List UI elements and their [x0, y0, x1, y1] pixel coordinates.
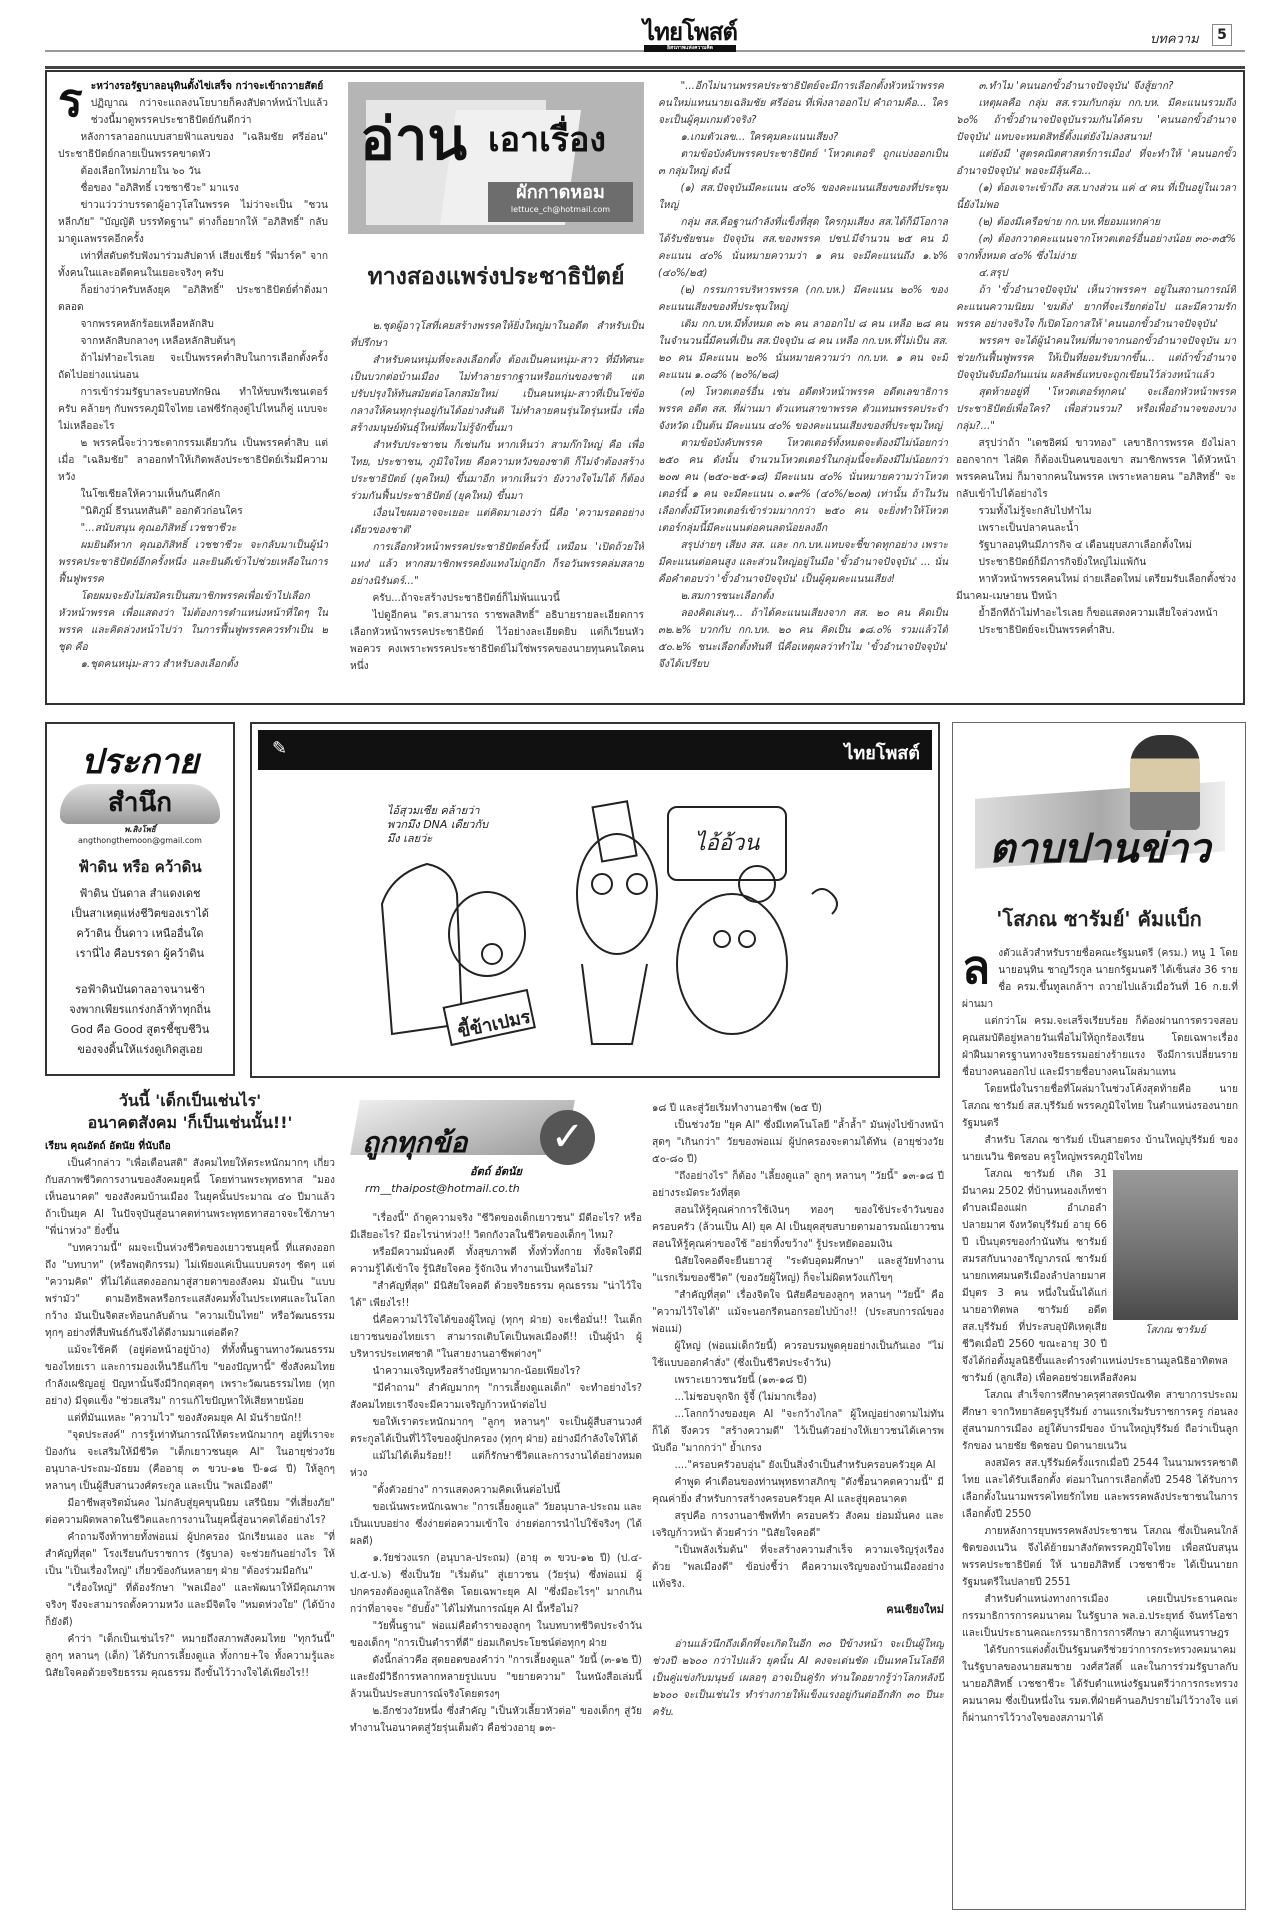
paragraph: "ถึงอย่างไร" ก็ต้อง "เลี้ยงดูแล" ลูกๆ หล…: [652, 1168, 944, 1202]
news-column-text: ล งตัวแล้วสำหรับรายชื่อคณะรัฐมนตรี (ครม.…: [962, 945, 1238, 1905]
paragraph: แต่ยังมี 'สูตรคณิตศาสตร์การเมือง' ที่จะท…: [956, 146, 1236, 180]
paragraph: โสภณ สำเร็จการศึกษาครุศาสตรบัณฑิต สาขากา…: [962, 1387, 1238, 1455]
poem-title-sub: สำนึก: [108, 788, 172, 818]
paragraph: สรุปว่าถ้า "เดชอิศม์ ขาวทอง" เลขาธิการพร…: [956, 435, 1236, 503]
paragraph: "เป็นพลังเริ่มต้น" ที่จะสร้างความสำเร็จ …: [652, 1542, 944, 1593]
paragraph: ๔.สรุป: [956, 265, 1236, 282]
dropcap: ล: [962, 945, 990, 989]
paragraph: ...โลกกว้างของยุค AI "จะกว้างไกล" ผู้ใหญ…: [652, 1406, 944, 1457]
paragraph: "บทความนี้" ผมจะเป็นห่วงชีวิตของเยาวชนยุ…: [45, 1240, 335, 1342]
lead: งตัวแล้วสำหรับรายชื่อคณะรัฐมนตรี (ครม.) …: [962, 945, 1238, 1013]
paragraph: ๒.สมการชนะเลือกตั้ง: [658, 588, 948, 605]
paragraph: (๒) กรรมการบริหารพรรค (กก.บห.) มีคะแนน ๒…: [658, 282, 948, 316]
paragraph: นี่คือความไว้ใจได้ของผู้ใหญ่ (ทุกๆ ฝ่าย)…: [350, 1312, 642, 1363]
poem-line: ของจงดิ้นให้แร่งดูเกิดสูเอย: [47, 1040, 233, 1060]
editorial-cartoon: ✎ ไทยโพสต์ ไอ้สุวมเซีย คล้ายว่าพวกมึง DN…: [250, 722, 940, 1078]
poem-scroll-graphic: สำนึก: [60, 784, 220, 824]
correct-col-logo: ถูกทุกข้อ: [362, 1126, 467, 1160]
paragraph: รวมทั้งไม่รู้จะกลับไปทำไม: [956, 503, 1236, 520]
paragraph: เหตุผลคือ กลุ่ม สส.รวมกับกลุ่ม กก.บห. มี…: [956, 95, 1236, 146]
paragraph: ในโซเชียลให้ความเห็นกันคึกคัก: [58, 486, 328, 503]
paragraph: "เรื่องนี้" ถ้าดูความจริง "ชีวิตของเด็กเ…: [350, 1210, 642, 1244]
paragraph: ๓.ทำไม 'คนนอกขั้วอำนาจปัจจุบัน' จึงสู้ยา…: [956, 78, 1236, 95]
paragraph: (๒) ต้องมีเครือข่าย กก.บห.ที่ยอมแหกค่าย: [956, 214, 1236, 231]
news-headline: 'โสภณ ซารัมย์' คัมแบ็ก: [958, 905, 1240, 933]
letter-headline-2: อนาคตสังคม 'ก็เป็นเช่นนั้น!!': [45, 1112, 335, 1134]
paragraph: ประชาธิปัตย์จะเป็นพรรคต่ำสิบ.: [956, 622, 1236, 639]
paragraph: หาหัวหน้าพรรคคนใหม่ ถ่ายเลือดใหม่ เตรียม…: [956, 571, 1236, 605]
paragraph: จากพรรคหลักร้อยเหลือหลักสิบ: [58, 316, 328, 333]
paragraph: ไปดูอีกคน "ดร.สามารถ ราชพลสิทธิ์" อธิบาย…: [350, 607, 644, 675]
paragraph: สำหรับประชาชน ก็เช่นกัน หากเห็นว่า สามก๊…: [350, 437, 644, 505]
paragraph: เงื่อนไขผมอาจจะเยอะ แต่คิดมาเองว่า นี่คื…: [350, 505, 644, 539]
poem-title-script: ประกาย: [47, 742, 233, 782]
paragraph: สรุปคือ การงานอาชีพที่ทำ ครอบครัว สังคม …: [652, 1508, 944, 1542]
paragraph: "สำคัญที่สุด" เรื่องจิตใจ นิสัยคือของลูก…: [652, 1287, 944, 1338]
poem-box: ประกาย สำนึก พ.สิงโพธิ์ angthongthemoon@…: [45, 722, 235, 1076]
page-number: 5: [1212, 24, 1232, 46]
paragraph: "ตั้งตัวอย่าง" การแสดงความคิดเห็นต่อไปนี…: [350, 1482, 642, 1499]
paragraph: เพราะเยาวชนวัยนี้ (๑๓-๑๘ ปี): [652, 1372, 944, 1389]
paragraph: "เรื่องใหญ่" ที่ต้องรักษา "พลเมือง" และพ…: [45, 1580, 335, 1631]
paragraph: มีอาชีพสุจริตมั่นคง ไม่กลับสู่ยุคขุนนิยม…: [45, 1495, 335, 1529]
poem-line: คว้าดิน ปั้นดาว เหนืออื่นใด: [47, 924, 233, 944]
paragraph: ต้องเลือกใหม่ภายใน ๖๐ วัน: [58, 163, 328, 180]
paragraph: สำหรับคนหนุ่มที่จะลงเลือกตั้ง ต้องเป็นคน…: [350, 352, 644, 437]
correct-col-text-2: ๑๘ ปี และสู่วัยเริ่มทำงานอาชีพ (๒๕ ปี) เ…: [652, 1100, 944, 1915]
paragraph: กลุ่ม สส.คือฐานกำลังที่แข็งที่สุด ใครกุม…: [658, 214, 948, 282]
paragraph: ๒ พรรคนี้จะว่าวชะตากรรมเดียวกัน เป็นพรรค…: [58, 435, 328, 486]
poem-author: พ.สิงโพธิ์: [47, 824, 233, 835]
paragraph: "จุดประสงค์" การรู้เท่าทันการณ์ให้ตระหนั…: [45, 1427, 335, 1495]
paragraph: ๑.เกมตัวเลข... ใครคุมคะแนนเสียง?: [658, 129, 948, 146]
article-col-3: "...อีกไม่นานพรรคประชาธิปัตย์จะมีการเลือ…: [658, 78, 948, 698]
lead-bold: ะหว่างรอรัฐบาลอนุทินตั้งไข่เสร็จ กว่าจะเ…: [58, 78, 328, 95]
paragraph: เพราะเป็นปลาคนละน้ำ: [956, 520, 1236, 537]
paragraph: ข่าวแว่วว่าบรรดาผู้อาวุโสในพรรค ไม่ว่าจะ…: [58, 197, 328, 248]
author-bar: ผักกาดหอม lettuce_ch@hotmail.com: [488, 182, 633, 222]
paragraph: ๑๘ ปี และสู่วัยเริ่มทำงานอาชีพ (๒๕ ปี): [652, 1100, 944, 1117]
paragraph: สุดท้ายอยู่ที่ 'โหวตเตอร์ทุกคน' จะเลือกห…: [956, 384, 1236, 435]
paragraph: พรรคฯ จะได้ผู้นำคนใหม่ที่มาจากนอกขั้วอำน…: [956, 333, 1236, 384]
poem-line: รอฟ้าดินบันดาลอาจนานช้า: [47, 980, 233, 1000]
paragraph: ...ไม่ชอบจุกจิก จู้จี้ (ไม่มากเรื่อง): [652, 1389, 944, 1406]
paragraph: (๓) ต้องกวาดคะแนนจากโหวตเตอร์อื่นอย่างน้…: [956, 231, 1236, 265]
paragraph: ลองคิดเล่นๆ... ถ้าได้คะแนนเสียงจาก สส. ๒…: [658, 605, 948, 673]
paragraph: ...."ครอบครัวอบอุ่น" ยังเป็นสิ่งจำเป็นสำ…: [652, 1457, 944, 1474]
paragraph: ได้รับการแต่งตั้งเป็นรัฐมนตรีช่วยว่าการก…: [962, 1642, 1238, 1727]
paragraph: โดยหนึ่งในรายชื่อที่โผล่มาในช่วงโค้งสุดท…: [962, 1081, 1238, 1132]
paragraph: "มีคำถาม" สำคัญมากๆ "การเลี้ยงดูแลเด็ก" …: [350, 1380, 642, 1414]
letter-salutation: เรียน คุณอัตถ์ อัตนัย ที่นับถือ: [45, 1138, 335, 1155]
paragraph: สำหรับตำแหน่งทางการเมือง เคยเป็นประธานคณ…: [962, 1591, 1238, 1642]
paragraph: สอนให้รู้คุณค่าการใช้เงินๆ ทองๆ ของใช้ปร…: [652, 1202, 944, 1253]
article-col-4: ๓.ทำไม 'คนนอกขั้วอำนาจปัจจุบัน' จึงสู้ยา…: [956, 78, 1236, 698]
author-email: lettuce_ch@hotmail.com: [488, 204, 633, 216]
paragraph: แต่กว่าโผ ครม.จะเสร็จเรียบร้อย ก็ต้องผ่า…: [962, 1013, 1238, 1081]
paragraph: แม้จะใช้คดี (อยู่ต่อหน้าอยู่บ้าง) ที่ทั้…: [45, 1342, 335, 1410]
reader-figure: [1130, 735, 1200, 830]
paragraph: จากหลักสิบกลางๆ เหลือหลักสิบต้นๆ: [58, 333, 328, 350]
paragraph: ถ้าไม่ทำอะไรเลย จะเป็นพรรคต่ำสิบในการเลื…: [58, 350, 328, 384]
poem-line: เป็นสาเหตุแห่งชีวิตของเราได้: [47, 904, 233, 924]
paragraph: (๓) โหวตเตอร์อื่น เช่น อดีตหัวหน้าพรรค อ…: [658, 384, 948, 435]
poem-line: God คือ Good สูตรชี้ชุบชีวิน: [47, 1020, 233, 1040]
paragraph: "สำคัญที่สุด" มีนิสัยใจคอดี ด้วยจริยธรรม…: [350, 1278, 642, 1312]
section-label: บทความ: [1150, 28, 1199, 49]
dropcap: ร: [58, 78, 83, 122]
column-banner: อ่าน เอาเรื่อง ผักกาดหอม lettuce_ch@hotm…: [348, 82, 644, 234]
newspaper-logo: ไทยโพสต์ อิสรภาพแห่งความคิด: [640, 20, 740, 52]
paragraph: ตามข้อบังคับพรรคประชาธิปัตย์ 'โหวตเตอร์'…: [658, 146, 948, 180]
paragraph: ย้ำอีกทีถ้าไม่ทำอะไรเลย ก็ขอแสดงความเสีย…: [956, 605, 1236, 622]
paragraph: เป็นช่วงวัย "ยุค AI" ซึ่งมีเทคโนโลยี "ล้…: [652, 1117, 944, 1168]
paragraph: คำว่า "เด็กเป็นเช่นไร?" หมายถึงสภาพสังคม…: [45, 1631, 335, 1682]
poem-line: ฟ้าดิน บันดาล สำแดงเดช: [47, 884, 233, 904]
lead-rest: ปฏิญาณ กว่าจะแถลงนโยบายก็คงสัปดาห์หน้าไป…: [58, 95, 328, 129]
editor-reply: อ่านแล้วนึกถึงเด็กที่จะเกิดในอีก ๓๐ ปีข้…: [652, 1636, 944, 1721]
paragraph: หรือมีความมั่นคงดี ทั้งสุขภาพดี ทั้งทั่ว…: [350, 1244, 642, 1278]
paragraph: "...สนับสนุน คุณอภิสิทธิ์ เวชชาชีวะ: [58, 520, 328, 537]
paragraph: ถ้า 'ขั้วอำนาจปัจจุบัน' เห็นว่าพรรคฯ อยู…: [956, 282, 1236, 333]
paragraph: ชื่อของ "อภิสิทธิ์ เวชชาชีวะ" มาแรง: [58, 180, 328, 197]
paragraph: หลังการลาออกแบบสายฟ้าแลบของ "เฉลิมชัย ศร…: [58, 129, 328, 163]
paragraph: สรุปง่ายๆ เสียง สส. และ กก.บห.แทบจะชี้ขา…: [658, 537, 948, 588]
article-col-2: ๒.ชุดผู้อาวุโสที่เคยสร้างพรรคให้ยิ่งใหญ่…: [350, 318, 644, 698]
paragraph: ผู้ใหญ่ (พ่อแม่เด็กวัยนี้) ควรอบรมพูดคุย…: [652, 1338, 944, 1372]
correct-col-text: "เรื่องนี้" ถ้าดูความจริง "ชีวิตของเด็กเ…: [350, 1210, 642, 1915]
poem-heading: ฟ้าดิน หรือ คว้าดิน: [47, 856, 233, 878]
letter-headline-1: วันนี้ 'เด็กเป็นเช่นไร': [45, 1090, 335, 1112]
paragraph: (๑) ต้องเจาะเข้าถึง สส.บางส่วน แค่ ๔ คน …: [956, 180, 1236, 214]
author-name: ผักกาดหอม: [488, 182, 633, 204]
photo-block: โสภณ ซารัมย์: [1113, 1170, 1238, 1340]
paragraph: เดิม กก.บห.มีทั้งหมด ๓๖ คน ลาออกไป ๘ คน …: [658, 316, 948, 384]
paragraph: คำถามจึงท้าทายทั้งพ่อแม่ ผู้ปกครอง นักเร…: [45, 1529, 335, 1580]
paragraph: การเข้าร่วมรัฐบาลระบอบทักษิณ ทำให้ขบพรีเ…: [58, 384, 328, 435]
banner-big-word: อ่าน: [360, 104, 467, 174]
paragraph: ขอให้เราตระหนักมากๆ "ลูกๆ หลานๆ" จะเป็นผ…: [350, 1414, 642, 1448]
banner-small-word: เอาเรื่อง: [488, 120, 606, 160]
paragraph: แม้ไม่ได้เต็มร้อย!! แต่ก็รักษาชีวิตและกา…: [350, 1448, 642, 1482]
paragraph: โดยผมจะยังไม่สมัครเป็นสมาชิกพรรคเพื่อเข้…: [58, 588, 328, 656]
paragraph: ประชาธิปัตย์ก็มีภารกิจยิ่งใหญ่ไม่แพ้กัน: [956, 554, 1236, 571]
paragraph: ดังนี้กล่าวคือ สุดยอดของคำว่า "การเลี้ยง…: [350, 1652, 642, 1703]
article-headline: ทางสองแพร่งประชาธิปัตย์: [348, 262, 644, 292]
paragraph: ผมยินดีหาก คุณอภิสิทธิ์ เวชชาชีวะ จะกลับ…: [58, 537, 328, 588]
poem-stanza-2: รอฟ้าดินบันดาลอาจนานช้า จงพากเพียรแกร่งก…: [47, 980, 233, 1060]
news-column-logo: ตาบปานข่าว: [980, 825, 1220, 873]
paragraph: ๑.วัยช่วงแรก (อนุบาล-ประถม) (อายุ ๓ ขวบ-…: [350, 1550, 642, 1618]
paragraph: ๑.ชุดคนหนุ่ม-สาว สำหรับลงเลือกตั้ง: [58, 656, 328, 673]
paragraph: ภายหลังการยุบพรรคพลังประชาชน โสภณ ซึ่งเป…: [962, 1523, 1238, 1591]
paragraph: เท่าที่สดับตรับฟังมาร่วมสัปดาห์ เสียงเชี…: [58, 248, 328, 282]
paragraph: ๒.ชุดผู้อาวุโสที่เคยสร้างพรรคให้ยิ่งใหญ่…: [350, 318, 644, 352]
correct-col-author: อัตถ์ อัตนัย: [470, 1162, 522, 1180]
paragraph: "...อีกไม่นานพรรคประชาธิปัตย์จะมีการเลือ…: [658, 78, 948, 129]
paragraph: คำพูด คำเตือนของท่านพุทธทาสภิกขุ "ดังชี้…: [652, 1474, 944, 1508]
letter-text: เรียน คุณอัตถ์ อัตนัย ที่นับถือ เป็นคำกล…: [45, 1138, 335, 1913]
paragraph: ๒.อีกช่วงวัยหนึ่ง ซึ่งสำคัญ "เป็นหัวเลี้…: [350, 1703, 642, 1737]
poem-email: angthongthemoon@gmail.com: [47, 835, 233, 846]
paragraph: "วัยพื้นฐาน" พ่อแม่คือตำราของลูกๆ ในบทบา…: [350, 1618, 642, 1652]
poem-line: เรานี่ไง คือบรรดา ผู้คว้าดิน: [47, 944, 233, 964]
logo-strap: อิสรภาพแห่งความคิด: [644, 45, 736, 52]
paragraph: ครับ...ถ้าจะสร้างประชาธิปัตย์ก็ไม่พ้นแนว…: [350, 590, 644, 607]
paragraph: ตามข้อบังคับพรรค โหวตเตอร์ทั้งหมดจะต้องม…: [658, 435, 948, 537]
letter-signature: คนเชียงใหม่: [652, 1601, 944, 1618]
poem-line: จงพากเพียรแกร่งกล้าท้าทุกถิ่น: [47, 1000, 233, 1020]
correct-col-email: rm__thaipost@hotmail.co.th: [365, 1182, 520, 1195]
masthead-rule-bottom: [45, 66, 1245, 69]
paragraph: การเลือกหัวหน้าพรรคประชาธิปัตย์ครั้งนี้ …: [350, 539, 644, 590]
paragraph: ก็อย่างว่าครับหลังยุค "อภิสิทธิ์" ประชาธ…: [58, 282, 328, 316]
paragraph: นิสัยใจคอดีจะยืนยาวสู่ "ระดับอุดมศึกษา" …: [652, 1253, 944, 1287]
paragraph: ขอเน้นพระหนักเฉพาะ "การเลี้ยงดูแล" วัยอน…: [350, 1499, 642, 1550]
paragraph: แต่ที่มันแหละ "ความไว" ของสังคมยุค AI มั…: [45, 1410, 335, 1427]
cartoon-illustration: [252, 724, 942, 1080]
checkmark-icon: ✓: [540, 1110, 595, 1165]
paragraph: (๑) สส.ปัจจุบันมีคะแนน ๔๐% ของคะแนนเสียง…: [658, 180, 948, 214]
paragraph: "นิติภูมิ์ ธีรนนทสันติ" ออกตัวก่อนใคร: [58, 503, 328, 520]
paragraph: สำหรับ โสภณ ซารัมย์ เป็นสายตรง บ้านใหญ่บ…: [962, 1132, 1238, 1166]
article-col-1: ร ะหว่างรอรัฐบาลอนุทินตั้งไข่เสร็จ กว่าจ…: [58, 78, 328, 698]
paragraph: รัฐบาลอนุทินมีภารกิจ ๔ เดือนยุบสภาเลือกต…: [956, 537, 1236, 554]
paragraph: ลงสมัคร สส.บุรีรัมย์ครั้งแรกเมื่อปี 2544…: [962, 1455, 1238, 1523]
photo-caption: โสภณ ซารัมย์: [1113, 1322, 1238, 1339]
politician-photo: [1113, 1170, 1238, 1320]
logo-text: ไทยโพสต์: [643, 18, 737, 46]
paragraph: เป็นคำกล่าว "เพื่อเตือนสติ" สังคมไทยให้ต…: [45, 1155, 335, 1240]
poem-stanza-1: ฟ้าดิน บันดาล สำแดงเดช เป็นสาเหตุแห่งชีว…: [47, 884, 233, 964]
paragraph: นำความเจริญหรือสร้างปัญหามาก-น้อยเพียงไร…: [350, 1363, 642, 1380]
